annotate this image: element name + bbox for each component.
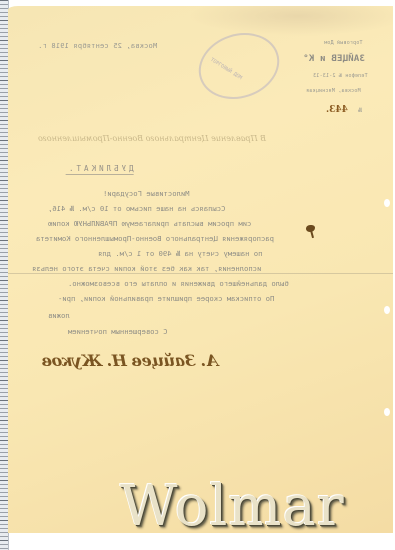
body-line: ложив	[48, 311, 70, 320]
date-line: Москва, 25 сентября 1918 г.	[38, 42, 157, 50]
body-line: Ссылаясь на наше письмо от 10 с/м. № 416…	[48, 204, 225, 213]
body-line: по нашему счету на № 490 от 1 с/м. для	[98, 249, 262, 258]
body-line: распоряжения Центрального Военно-Промышл…	[36, 234, 274, 243]
circular-stamp	[190, 23, 288, 109]
watermark: Wolmar	[120, 474, 345, 533]
body-line: исполнения, так как без этой копии счета…	[32, 264, 261, 273]
signature: А. Зайцев Н. Жуков	[42, 351, 219, 370]
handwritten-address: В Правление Центрального Военно-Промышле…	[38, 134, 266, 143]
punch-hole	[384, 408, 390, 416]
address: Москва, Мясницкая	[306, 88, 361, 94]
document-heading: ДУБЛИКАТ.	[66, 164, 134, 175]
punch-hole	[384, 199, 390, 207]
paper-fold	[8, 273, 393, 274]
closing: С совершенным почтением	[68, 327, 168, 336]
body-line: было дальнейшего движения и оплаты его в…	[68, 279, 289, 288]
body-line: сим просим выслать прилагаемую ПРАВИЛЬНУ…	[48, 219, 251, 228]
number-label: №	[358, 107, 362, 114]
company-name: ЗАЙЦЕВ и К°	[303, 54, 365, 64]
letterhead-top: Торговый Дом	[324, 40, 363, 46]
salutation: Милостивые Государи!	[103, 189, 190, 198]
body-line: По отпискам скорее пришлите правильной к…	[58, 294, 274, 303]
punch-hole	[384, 306, 390, 314]
ink-blot	[306, 225, 315, 232]
document-number: 443.	[326, 105, 348, 115]
document-sheet: Москва, 25 сентября 1918 г. Торговый Дом…	[8, 6, 393, 533]
telephone: Телефон № 2-13-13	[313, 73, 368, 79]
